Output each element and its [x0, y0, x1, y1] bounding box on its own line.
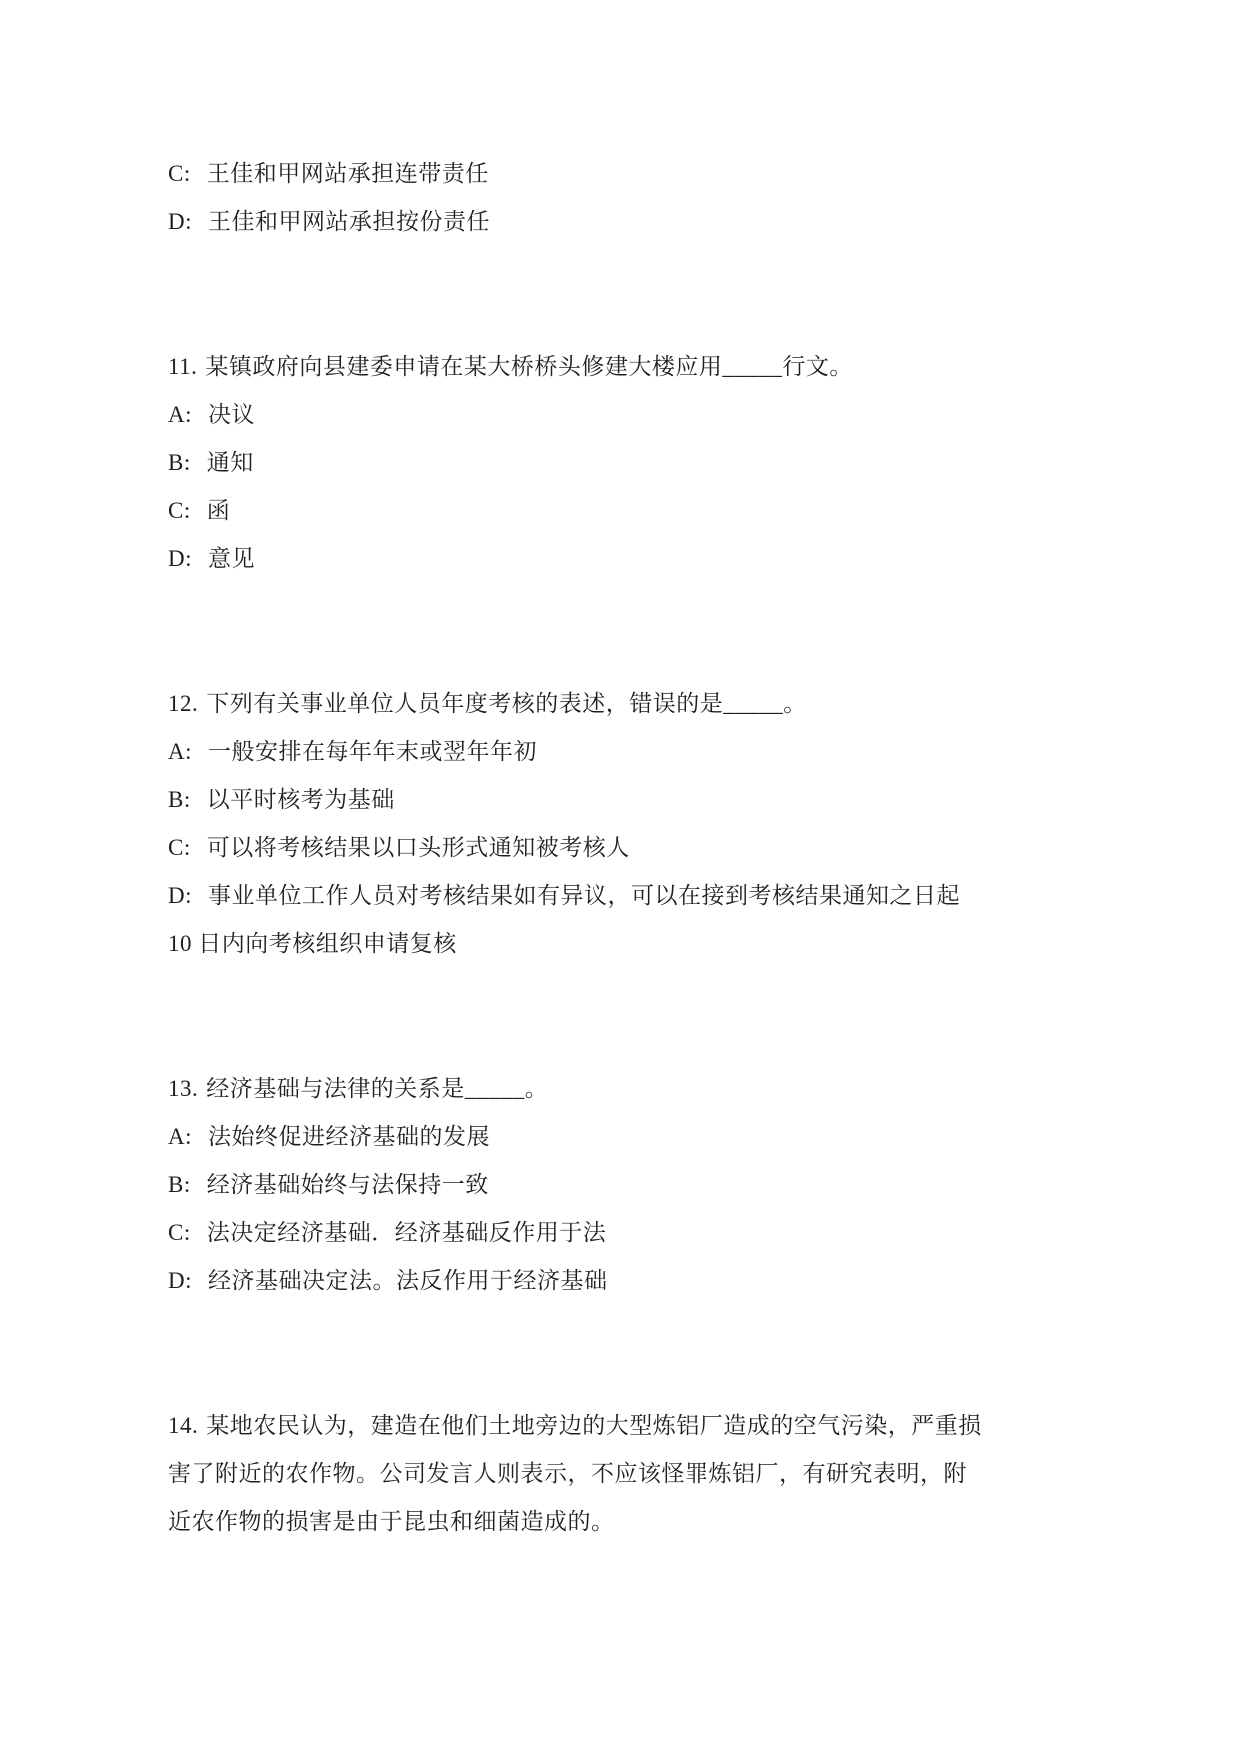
- option-label: A:: [168, 739, 192, 764]
- question-10-leftover-options: C:王佳和甲网站承担连带责任 D:王佳和甲网站承担按份责任: [168, 150, 1080, 246]
- question-14: 14.某地农民认为，建造在他们土地旁边的大型炼铝厂造成的空气污染，严重损 害了附…: [168, 1402, 1080, 1546]
- option-text: 法决定经济基础．经济基础反作用于法: [207, 1220, 607, 1245]
- question-number: 14.: [168, 1413, 198, 1438]
- option-label: C:: [168, 835, 191, 860]
- question-number: 12.: [168, 691, 198, 716]
- option-row: B:通知: [168, 439, 1080, 487]
- option-row: A:法始终促进经济基础的发展: [168, 1113, 1080, 1161]
- question-stem-text: 某镇政府向县建委申请在某大桥桥头修建大楼应用_____行文。: [205, 354, 853, 379]
- question-stem-text: 某地农民认为，建造在他们土地旁边的大型炼铝厂造成的空气污染，严重损 害了附近的农…: [168, 1413, 982, 1534]
- option-row: C:法决定经济基础．经济基础反作用于法: [168, 1209, 1080, 1257]
- option-text: 通知: [207, 450, 254, 475]
- option-row: D:王佳和甲网站承担按份责任: [168, 198, 1080, 246]
- option-label: B:: [168, 787, 191, 812]
- option-label: C:: [168, 1220, 191, 1245]
- option-row: B:经济基础始终与法保持一致: [168, 1161, 1080, 1209]
- option-label: A:: [168, 402, 192, 427]
- option-row: D:意见: [168, 535, 1080, 583]
- option-label: C:: [168, 161, 191, 186]
- option-label: B:: [168, 450, 191, 475]
- option-row: D:事业单位工作人员对考核结果如有异议，可以在接到考核结果通知之日起 10 日内…: [168, 872, 1080, 968]
- question-stem-text: 下列有关事业单位人员年度考核的表述，错误的是_____。: [206, 691, 807, 716]
- option-text: 法始终促进经济基础的发展: [208, 1124, 490, 1149]
- question-12: 12.下列有关事业单位人员年度考核的表述，错误的是_____。 A:一般安排在每…: [168, 680, 1080, 968]
- option-row: D:经济基础决定法。法反作用于经济基础: [168, 1257, 1080, 1305]
- option-label: D:: [168, 883, 192, 908]
- question-stem: 12.下列有关事业单位人员年度考核的表述，错误的是_____。: [168, 680, 1080, 728]
- option-text: 事业单位工作人员对考核结果如有异议，可以在接到考核结果通知之日起 10 日内向考…: [168, 883, 960, 956]
- option-text: 一般安排在每年年末或翌年年初: [208, 739, 537, 764]
- option-label: A:: [168, 1124, 192, 1149]
- option-label: C:: [168, 498, 191, 523]
- option-row: B:以平时核考为基础: [168, 776, 1080, 824]
- option-text: 王佳和甲网站承担连带责任: [207, 161, 489, 186]
- option-label: D:: [168, 546, 192, 571]
- option-text: 决议: [208, 402, 255, 427]
- option-row: C:函: [168, 487, 1080, 535]
- question-stem: 11.某镇政府向县建委申请在某大桥桥头修建大楼应用_____行文。: [168, 343, 1080, 391]
- option-text: 经济基础决定法。法反作用于经济基础: [208, 1268, 608, 1293]
- option-row: A:一般安排在每年年末或翌年年初: [168, 728, 1080, 776]
- exam-document-page: C:王佳和甲网站承担连带责任 D:王佳和甲网站承担按份责任 11.某镇政府向县建…: [0, 0, 1240, 1753]
- option-text: 经济基础始终与法保持一致: [207, 1172, 489, 1197]
- option-text: 意见: [208, 546, 255, 571]
- question-11: 11.某镇政府向县建委申请在某大桥桥头修建大楼应用_____行文。 A:决议 B…: [168, 343, 1080, 583]
- option-label: D:: [168, 1268, 192, 1293]
- question-number: 11.: [168, 354, 197, 379]
- option-text: 王佳和甲网站承担按份责任: [208, 209, 490, 234]
- question-stem-text: 经济基础与法律的关系是_____。: [206, 1076, 548, 1101]
- question-number: 13.: [168, 1076, 198, 1101]
- option-row: A:决议: [168, 391, 1080, 439]
- option-text: 可以将考核结果以口头形式通知被考核人: [207, 835, 630, 860]
- question-stem: 14.某地农民认为，建造在他们土地旁边的大型炼铝厂造成的空气污染，严重损 害了附…: [168, 1402, 1080, 1546]
- option-row: C:王佳和甲网站承担连带责任: [168, 150, 1080, 198]
- option-label: B:: [168, 1172, 191, 1197]
- question-13: 13.经济基础与法律的关系是_____。 A:法始终促进经济基础的发展 B:经济…: [168, 1065, 1080, 1305]
- question-stem: 13.经济基础与法律的关系是_____。: [168, 1065, 1080, 1113]
- option-label: D:: [168, 209, 192, 234]
- option-text: 以平时核考为基础: [207, 787, 395, 812]
- option-row: C:可以将考核结果以口头形式通知被考核人: [168, 824, 1080, 872]
- option-text: 函: [207, 498, 231, 523]
